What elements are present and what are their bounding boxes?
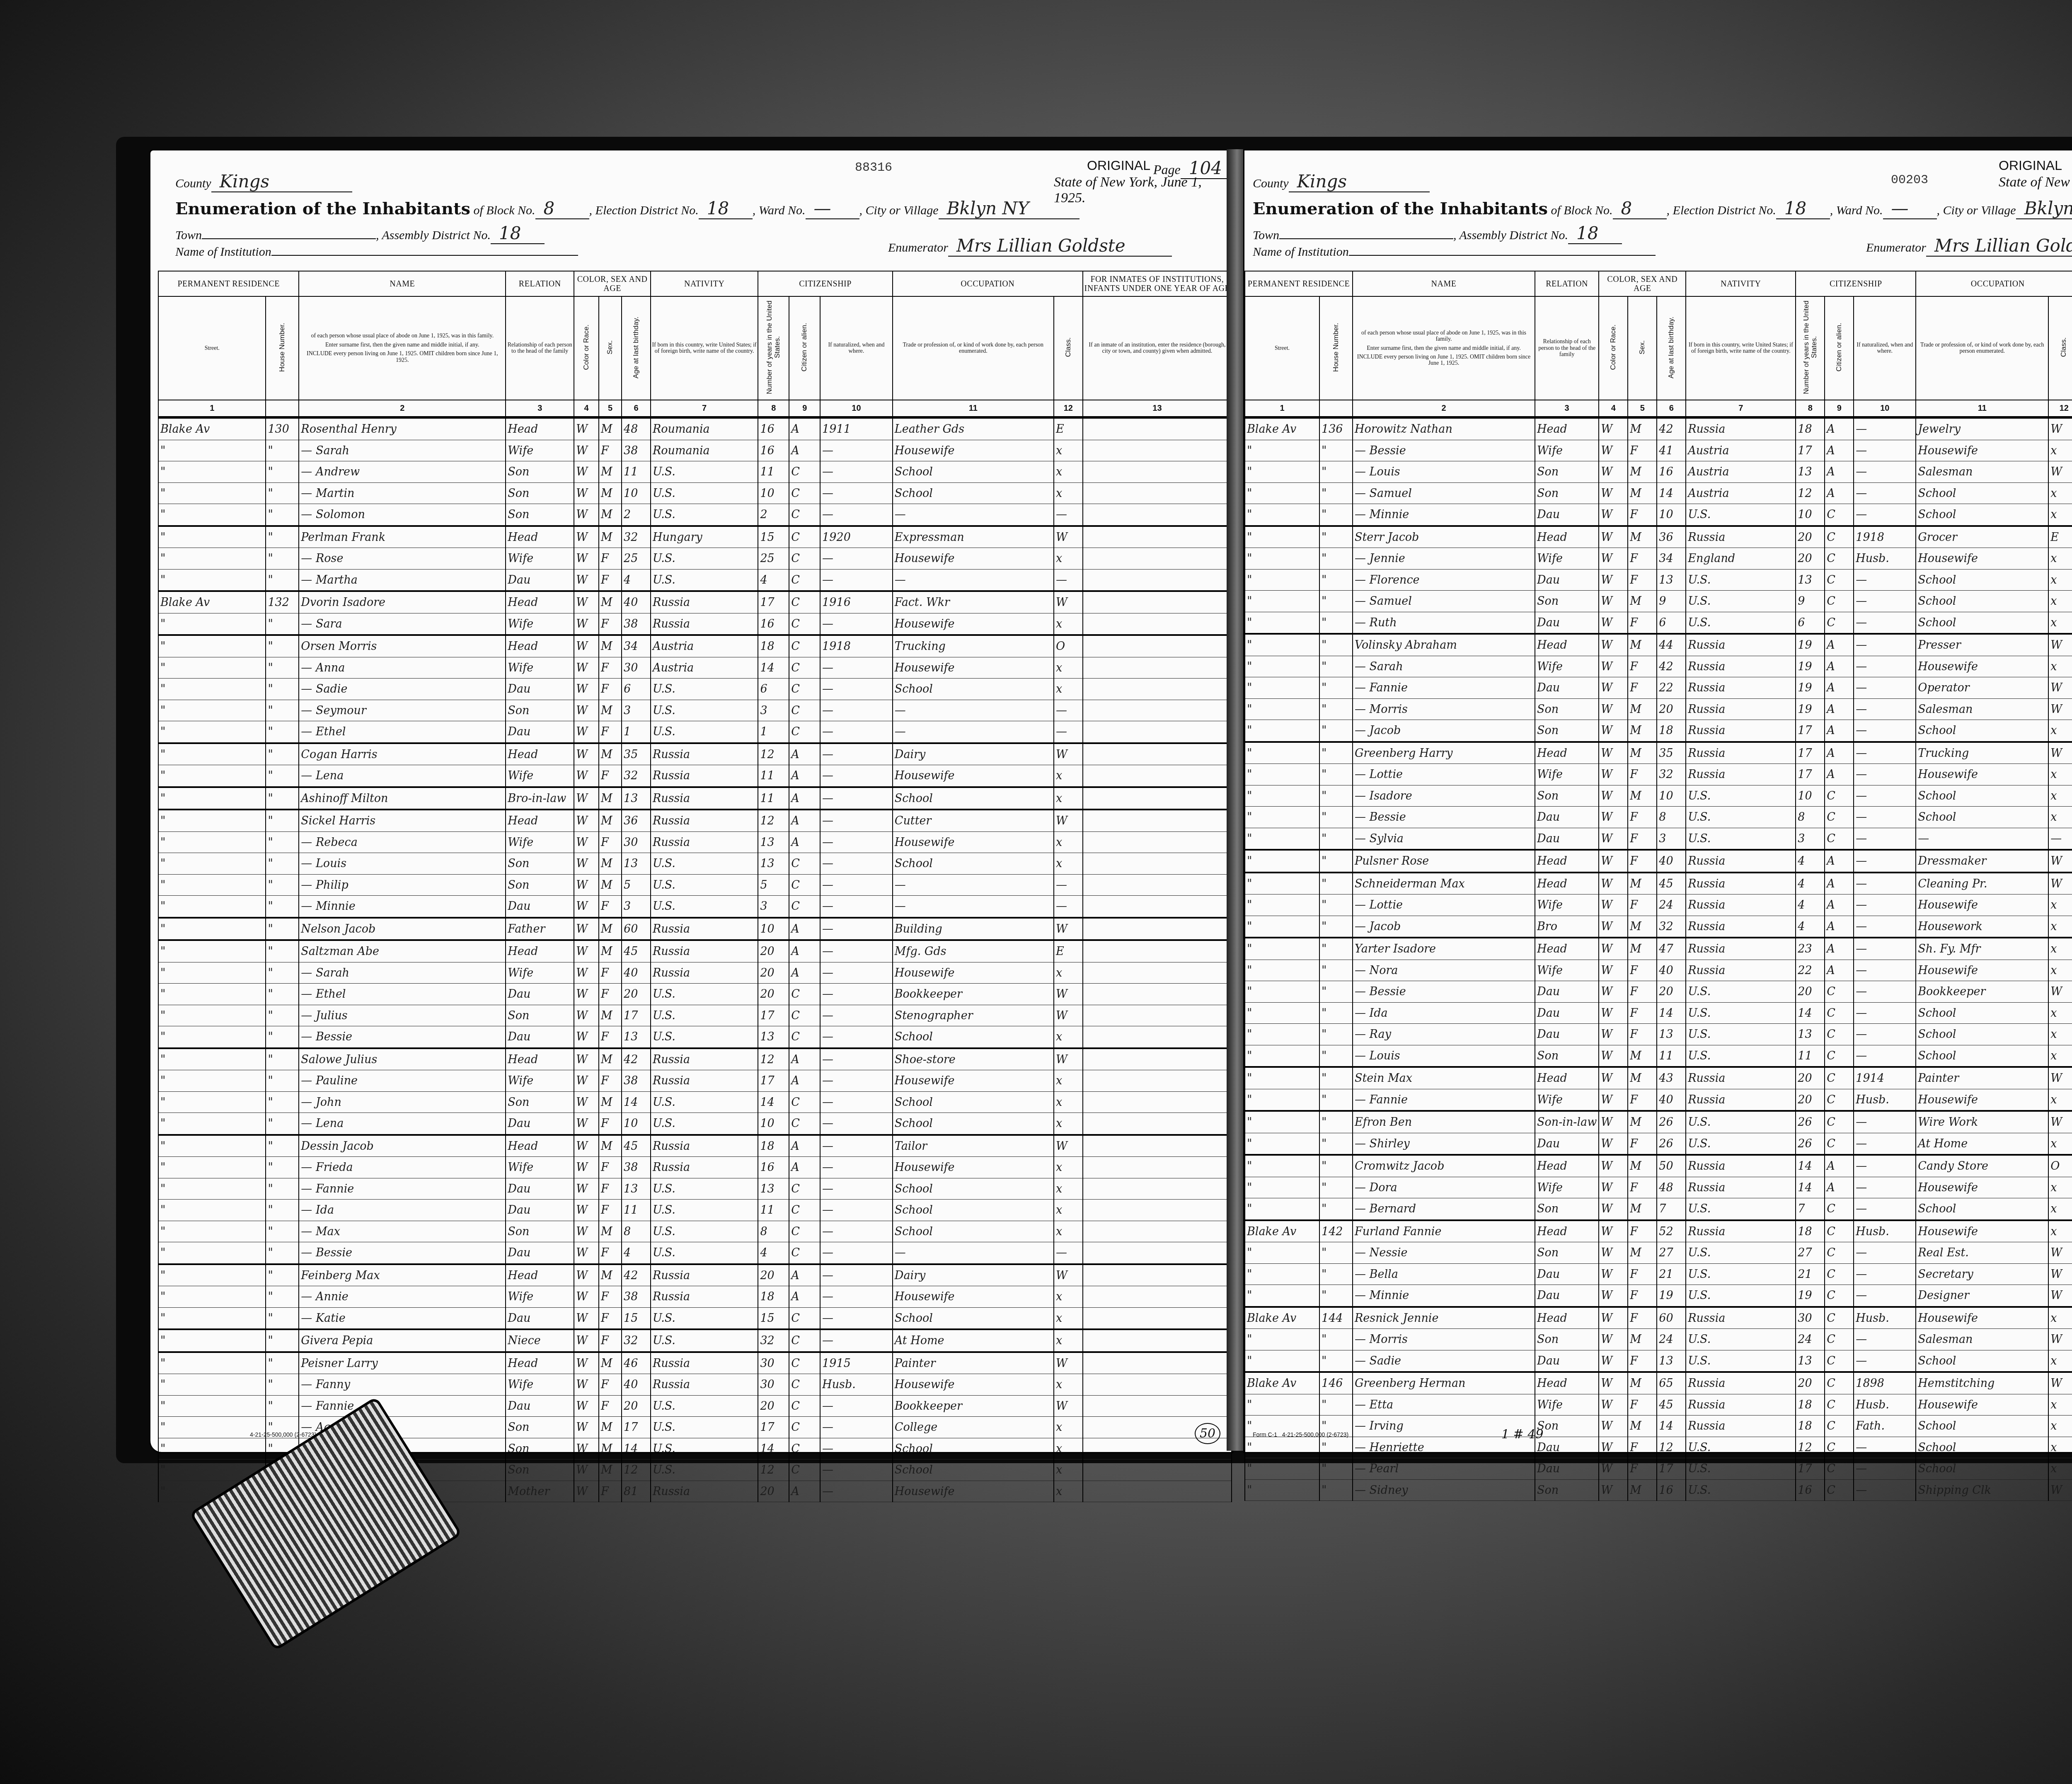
census-row: ""Nelson JacobFatherWM60Russia10A—Buildi…: [158, 918, 1232, 940]
cell-age: 45: [1657, 873, 1686, 894]
cell-occ: Housewife: [1916, 1089, 2048, 1111]
census-row: Blake Av132Dvorin IsadoreHeadWM40Russia1…: [158, 591, 1232, 613]
cell-years: 7: [1796, 1198, 1825, 1220]
column-header-color: Color or Race.: [574, 296, 599, 400]
census-row: ""— EttaWifeWF45Russia18CHusb.Housewifex: [1245, 1394, 2072, 1416]
cell-age: 41: [1657, 440, 1686, 461]
column-group-color_sex_age: COLOR, SEX AND AGE: [574, 271, 651, 296]
census-row: ""— SadieDauWF13U.S.13C—Schoolx: [1245, 1350, 2072, 1372]
cell-nat: —: [1854, 1458, 1916, 1480]
cell-street: Blake Av: [1245, 1372, 1319, 1394]
cell-nat: —: [820, 1221, 893, 1242]
column-number: 1: [158, 400, 266, 417]
cell-age: 44: [1657, 634, 1686, 656]
column-header-relation-desc: Relationship of each person to the head …: [506, 296, 574, 400]
cell-nat: —: [820, 1005, 893, 1026]
cell-years: 10: [1796, 504, 1825, 526]
column-number: 3: [506, 400, 574, 417]
cell-occ: School: [1916, 482, 2048, 504]
cell-inmate-residence: [1083, 440, 1232, 461]
cell-age: 17: [622, 1417, 651, 1438]
cell-house: ": [1319, 1024, 1353, 1045]
cell-house: ": [1319, 981, 1353, 1003]
cell-name: — Sarah: [1353, 656, 1535, 677]
cell-age: 47: [1657, 938, 1686, 960]
cell-rel: Son: [1535, 591, 1599, 612]
cell-color: W: [574, 417, 599, 440]
cell-street: ": [158, 1242, 266, 1264]
cell-color: W: [574, 743, 599, 765]
cell-sex: M: [1628, 720, 1657, 742]
assembly-district: 18: [1568, 223, 1622, 244]
census-row: ""— MinnieDauWF19U.S.19C—DesignerW: [1245, 1285, 2072, 1307]
cell-occ: Housewife: [893, 657, 1054, 679]
county-field: CountyKings: [1253, 171, 1430, 192]
cell-house: ": [1319, 1263, 1353, 1285]
cell-nativity: U.S.: [1686, 1198, 1796, 1220]
cell-nat: —: [820, 1307, 893, 1329]
cell-name: — Solomon: [299, 504, 506, 526]
cell-age: 27: [1657, 1242, 1686, 1264]
cell-nat: —: [1854, 591, 1916, 612]
cell-years: 30: [758, 1374, 789, 1396]
cell-nativity: U.S.: [651, 721, 758, 743]
cell-color: W: [1599, 1242, 1628, 1264]
cell-inmate-residence: [1083, 1200, 1232, 1221]
cell-cit: C: [789, 591, 820, 613]
cell-name: — Nora: [1353, 960, 1535, 981]
cell-house: ": [266, 461, 299, 483]
cell-house: ": [1319, 1133, 1353, 1155]
column-group-residence: PERMANENT RESIDENCE: [158, 271, 299, 296]
cell-nativity: Russia: [651, 1352, 758, 1374]
cell-nat: —: [820, 1481, 893, 1502]
enumeration-title-line: Enumeration of the Inhabitants of Block …: [1253, 198, 2072, 219]
column-header-name-desc: of each person whose usual place of abod…: [1353, 296, 1535, 400]
cell-years: 12: [758, 1048, 789, 1070]
cell-nat: —: [820, 896, 893, 918]
cell-sex: F: [1628, 1458, 1657, 1480]
census-row: ""Peisner LarryHeadWM46Russia30C1915Pain…: [158, 1352, 1232, 1374]
cell-cls: W: [1054, 918, 1083, 940]
cell-age: 17: [1657, 1458, 1686, 1480]
cell-cls: W: [1054, 1352, 1083, 1374]
column-number: 4: [574, 400, 599, 417]
cell-street: ": [158, 962, 266, 984]
cell-cit: C: [1825, 1067, 1854, 1089]
cell-occ: Bookkeeper: [893, 984, 1054, 1005]
cell-street: ": [1245, 591, 1319, 612]
column-number: 4: [1599, 400, 1628, 417]
cell-sex: F: [1628, 569, 1657, 591]
cell-nativity: U.S.: [651, 1307, 758, 1329]
cell-rel: Son: [506, 874, 574, 896]
cell-cit: C: [1825, 1394, 1854, 1416]
cell-age: 14: [1657, 1002, 1686, 1024]
cell-name: — Ruth: [1353, 612, 1535, 634]
column-number: 9: [789, 400, 820, 417]
cell-name: — Minnie: [1353, 504, 1535, 526]
cell-house: ": [266, 984, 299, 1005]
cell-years: 24: [1796, 1329, 1825, 1350]
cell-nat: —: [1854, 1479, 1916, 1501]
cell-nat: —: [820, 1329, 893, 1352]
cell-years: 14: [1796, 1155, 1825, 1177]
cell-cit: A: [1825, 1155, 1854, 1177]
cell-inmate-residence: [1083, 984, 1232, 1005]
cell-cls: x: [1054, 440, 1083, 461]
cell-inmate-residence: [1083, 1026, 1232, 1048]
cell-nativity: Russia: [1686, 1177, 1796, 1198]
column-header-street: Street.: [158, 296, 266, 400]
cell-cls: W: [2048, 1285, 2072, 1307]
cell-nat: —: [1854, 1437, 1916, 1458]
cell-color: W: [1599, 938, 1628, 960]
cell-house: ": [266, 1395, 299, 1417]
cell-age: 13: [622, 787, 651, 810]
cell-color: W: [574, 1264, 599, 1286]
cell-color: W: [574, 679, 599, 700]
cell-sex: M: [599, 874, 622, 896]
cell-years: 20: [758, 984, 789, 1005]
cell-rel: Dau: [1535, 504, 1599, 526]
cell-name: — Rose: [299, 548, 506, 570]
cell-cit: A: [1825, 461, 1854, 483]
cell-house: 146: [1319, 1372, 1353, 1394]
cell-color: W: [574, 526, 599, 548]
cell-nativity: U.S.: [651, 874, 758, 896]
cell-sex: F: [1628, 1350, 1657, 1372]
cell-house: ": [266, 569, 299, 591]
cell-house: ": [266, 721, 299, 743]
cell-nat: —: [820, 831, 893, 853]
cell-house: ": [1319, 548, 1353, 570]
cell-street: ": [1245, 1263, 1319, 1285]
cell-nat: —: [1854, 742, 1916, 764]
cell-cls: x: [2048, 916, 2072, 938]
cell-house: ": [1319, 1089, 1353, 1111]
cell-cit: C: [789, 984, 820, 1005]
cell-occ: Painter: [1916, 1067, 2048, 1089]
cell-nat: —: [1854, 504, 1916, 526]
cell-cit: C: [789, 569, 820, 591]
cell-inmate-residence: [1083, 1329, 1232, 1352]
cell-house: ": [266, 853, 299, 875]
cell-nat: —: [1854, 677, 1916, 699]
cell-age: 24: [1657, 1329, 1686, 1350]
cell-years: 27: [1796, 1242, 1825, 1264]
cell-nat: Husb.: [1854, 1394, 1916, 1416]
cell-cit: A: [1825, 850, 1854, 873]
cell-cit: C: [1825, 526, 1854, 548]
cell-sex: F: [599, 831, 622, 853]
cell-street: ": [1245, 1155, 1319, 1177]
block-number: 8: [1613, 198, 1667, 219]
census-row: ""Givera PepiaNieceWF32U.S.32C—At Homex: [158, 1329, 1232, 1352]
cell-cit: C: [789, 1200, 820, 1221]
cell-nat: Husb.: [1854, 1220, 1916, 1242]
cell-nat: —: [1854, 960, 1916, 981]
cell-nat: —: [820, 1091, 893, 1113]
cell-cls: x: [2048, 569, 2072, 591]
cell-age: 24: [1657, 894, 1686, 916]
cell-cls: x: [1054, 1026, 1083, 1048]
town-assembly-line: Town, Assembly District No.18: [1253, 223, 1622, 244]
cell-house: ": [266, 1026, 299, 1048]
cell-house: ": [1319, 461, 1353, 483]
cell-inmate-residence: [1083, 896, 1232, 918]
cell-age: 25: [622, 548, 651, 570]
cell-street: ": [158, 1352, 266, 1374]
cell-street: ": [1245, 850, 1319, 873]
cell-age: 35: [1657, 742, 1686, 764]
cell-color: W: [1599, 1177, 1628, 1198]
cell-sex: F: [599, 1157, 622, 1178]
cell-nat: —: [820, 569, 893, 591]
cell-nat: Husb.: [1854, 548, 1916, 570]
cell-years: 11: [758, 765, 789, 787]
cell-name: — Anna: [299, 657, 506, 679]
cell-nativity: Austria: [1686, 461, 1796, 483]
cell-years: 23: [1796, 938, 1825, 960]
cell-sex: M: [1628, 938, 1657, 960]
cell-rel: Dau: [506, 721, 574, 743]
cell-house: 130: [266, 417, 299, 440]
cell-sex: F: [1628, 612, 1657, 634]
cell-name: — Louis: [1353, 461, 1535, 483]
census-row: ""— DoraWifeWF48Russia14A—Housewifex: [1245, 1177, 2072, 1198]
cell-nativity: U.S.: [1686, 1458, 1796, 1480]
cell-rel: Wife: [1535, 656, 1599, 677]
cell-age: 26: [1657, 1111, 1686, 1133]
census-row: ""Saltzman AbeHeadWM45Russia20A—Mfg. Gds…: [158, 940, 1232, 962]
cell-age: 21: [1657, 1263, 1686, 1285]
header-sub-row: Street.House Number.of each person whose…: [1245, 296, 2072, 400]
header-sub-row: Street.House Number.of each person whose…: [158, 296, 1232, 400]
cell-house: ": [1319, 569, 1353, 591]
cell-nativity: U.S.: [1686, 1285, 1796, 1307]
cell-occ: Housewife: [893, 1070, 1054, 1092]
census-row: Blake Av144Resnick JennieHeadWF60Russia3…: [1245, 1307, 2072, 1329]
cell-cls: W: [1054, 1048, 1083, 1070]
cell-age: 8: [622, 1221, 651, 1242]
cell-sex: M: [599, 1005, 622, 1026]
cell-years: 14: [758, 657, 789, 679]
cell-name: Nelson Jacob: [299, 918, 506, 940]
cell-house: ": [266, 1048, 299, 1070]
cell-rel: Head: [1535, 417, 1599, 440]
cell-house: ": [266, 787, 299, 810]
cell-cit: C: [789, 1329, 820, 1352]
cell-color: W: [1599, 504, 1628, 526]
cell-age: 13: [622, 853, 651, 875]
column-header-name-desc: of each person whose usual place of abod…: [299, 296, 506, 400]
census-table-right: PERMANENT RESIDENCENAMERELATIONCOLOR, SE…: [1244, 271, 2072, 1501]
cell-nativity: Russia: [1686, 634, 1796, 656]
column-group-name: NAME: [1353, 271, 1535, 296]
cell-nat: 1898: [1854, 1372, 1916, 1394]
cell-street: ": [1245, 1350, 1319, 1372]
cell-inmate-residence: [1083, 743, 1232, 765]
cell-cit: C: [789, 1417, 820, 1438]
cell-cls: W: [1054, 743, 1083, 765]
cell-name: — Jacob: [1353, 916, 1535, 938]
cell-rel: Wife: [1535, 440, 1599, 461]
cell-nativity: U.S.: [1686, 1242, 1796, 1264]
cell-color: W: [1599, 656, 1628, 677]
cell-nativity: Russia: [651, 765, 758, 787]
census-row: ""— BessieDauWF4U.S.4C———: [158, 1242, 1232, 1264]
cell-street: ": [1245, 1089, 1319, 1111]
cell-house: ": [266, 1178, 299, 1200]
cell-sex: M: [1628, 1242, 1657, 1264]
column-number: 1: [1245, 400, 1319, 417]
cell-cit: C: [1825, 1329, 1854, 1350]
cell-house: ": [1319, 634, 1353, 656]
cell-street: ": [1245, 1024, 1319, 1045]
cell-inmate-residence: [1083, 569, 1232, 591]
cell-cit: C: [1825, 785, 1854, 807]
cell-street: ": [158, 940, 266, 962]
cell-age: 14: [1657, 482, 1686, 504]
cell-age: 32: [1657, 916, 1686, 938]
cell-name: — Minnie: [1353, 1285, 1535, 1307]
cell-street: ": [158, 918, 266, 940]
census-row: ""— MaxSonWM8U.S.8C—Schoolx: [158, 1221, 1232, 1242]
cell-nat: —: [1854, 894, 1916, 916]
cell-years: 18: [758, 1135, 789, 1157]
cell-years: 10: [758, 1113, 789, 1135]
county-field: CountyKings: [175, 171, 352, 192]
cell-cit: A: [789, 417, 820, 440]
cell-rel: Wife: [506, 1374, 574, 1396]
cell-rel: Dau: [506, 679, 574, 700]
cell-street: ": [1245, 873, 1319, 894]
cell-occ: Housewife: [1916, 440, 2048, 461]
cell-cls: x: [1054, 1221, 1083, 1242]
cell-nativity: Russia: [1686, 720, 1796, 742]
column-header-sex: Sex.: [599, 296, 622, 400]
cell-inmate-residence: [1083, 1459, 1232, 1481]
census-row: ""— ShirleyDauWF26U.S.26C—At Homex: [1245, 1133, 2072, 1155]
cell-sex: F: [1628, 764, 1657, 785]
cell-nat: —: [1854, 1285, 1916, 1307]
cell-cls: x: [2048, 1002, 2072, 1024]
cell-house: ": [1319, 1394, 1353, 1416]
cell-cit: C: [789, 1307, 820, 1329]
cell-cls: x: [1054, 831, 1083, 853]
column-number: 2: [1353, 400, 1535, 417]
cell-street: ": [158, 1264, 266, 1286]
cell-sex: M: [599, 591, 622, 613]
census-row: ""— MorrisSonWM20Russia19A—SalesmanW: [1245, 698, 2072, 720]
cell-nativity: U.S.: [651, 1221, 758, 1242]
cell-age: 17: [622, 1005, 651, 1026]
cell-inmate-residence: [1083, 831, 1232, 853]
cell-cls: x: [1054, 1374, 1083, 1396]
cell-name: Horowitz Nathan: [1353, 417, 1535, 440]
block-number: 8: [535, 198, 589, 219]
cell-cit: A: [1825, 634, 1854, 656]
cell-age: 40: [1657, 850, 1686, 873]
cell-cls: —: [1054, 569, 1083, 591]
cell-occ: Trucking: [1916, 742, 2048, 764]
cell-nativity: Russia: [651, 918, 758, 940]
cell-years: 14: [1796, 1002, 1825, 1024]
cell-sex: F: [599, 1242, 622, 1264]
cell-name: — Rebeca: [299, 831, 506, 853]
cell-house: ": [1319, 807, 1353, 828]
cell-sex: M: [1628, 634, 1657, 656]
cell-occ: School: [893, 1178, 1054, 1200]
cell-nativity: Russia: [651, 613, 758, 635]
cell-cit: C: [1825, 1285, 1854, 1307]
cell-age: 36: [1657, 526, 1686, 548]
cell-nat: —: [1854, 873, 1916, 894]
cell-nat: —: [1854, 764, 1916, 785]
cell-name: — Max: [299, 1221, 506, 1242]
cell-nativity: U.S.: [651, 1242, 758, 1264]
cell-name: — Sara: [299, 613, 506, 635]
column-header-naturalized: If naturalized, when and where.: [1854, 296, 1916, 400]
cell-occ: Wire Work: [1916, 1111, 2048, 1133]
cell-nativity: U.S.: [651, 1329, 758, 1352]
cell-rel: Son: [1535, 1242, 1599, 1264]
cell-cls: O: [2048, 1155, 2072, 1177]
cell-nat: —: [1854, 828, 1916, 850]
cell-age: 18: [1657, 720, 1686, 742]
cell-nat: Husb.: [820, 1374, 893, 1396]
cell-sex: F: [599, 569, 622, 591]
cell-nativity: U.S.: [651, 896, 758, 918]
cell-sex: F: [599, 440, 622, 461]
cell-color: W: [1599, 1133, 1628, 1155]
cell-street: ": [158, 679, 266, 700]
census-row: ""Sterr JacobHeadWM36Russia20C1918Grocer…: [1245, 526, 2072, 548]
cell-occ: Cleaning Pr.: [1916, 873, 2048, 894]
census-row: ""— FriedaWifeWF38Russia16A—Housewifex: [158, 1157, 1232, 1178]
cell-rel: Son: [506, 1459, 574, 1481]
cell-age: 32: [622, 765, 651, 787]
cell-name: Sickel Harris: [299, 810, 506, 831]
cell-name: Perlman Frank: [299, 526, 506, 548]
cell-nat: —: [1854, 612, 1916, 634]
cell-sex: F: [599, 1200, 622, 1221]
cell-nativity: U.S.: [1686, 504, 1796, 526]
column-header-age: Age at last birthday.: [1657, 296, 1686, 400]
cell-cit: C: [789, 548, 820, 570]
cell-nativity: U.S.: [1686, 1479, 1796, 1501]
census-row: ""— NoraWifeWF40Russia22A—Housewifex: [1245, 960, 2072, 981]
institution-line: Name of Institution: [1253, 245, 1656, 259]
cell-color: W: [1599, 1285, 1628, 1307]
cell-cls: x: [1054, 1459, 1083, 1481]
cell-name: Schneiderman Max: [1353, 873, 1535, 894]
cell-color: W: [1599, 850, 1628, 873]
column-header-years: Number of years in the United States.: [1796, 296, 1825, 400]
cell-years: 22: [1796, 960, 1825, 981]
census-row: ""— BessieDauWF8U.S.8C—Schoolx: [1245, 807, 2072, 828]
cell-cls: x: [1054, 657, 1083, 679]
cell-occ: Trucking: [893, 635, 1054, 657]
cell-color: W: [574, 1417, 599, 1438]
cell-street: Blake Av: [1245, 1220, 1319, 1242]
cell-house: 142: [1319, 1220, 1353, 1242]
cell-cit: C: [789, 613, 820, 635]
cell-sex: M: [1628, 1111, 1657, 1133]
cell-street: ": [1245, 1394, 1319, 1416]
cell-nativity: Russia: [1686, 1372, 1796, 1394]
